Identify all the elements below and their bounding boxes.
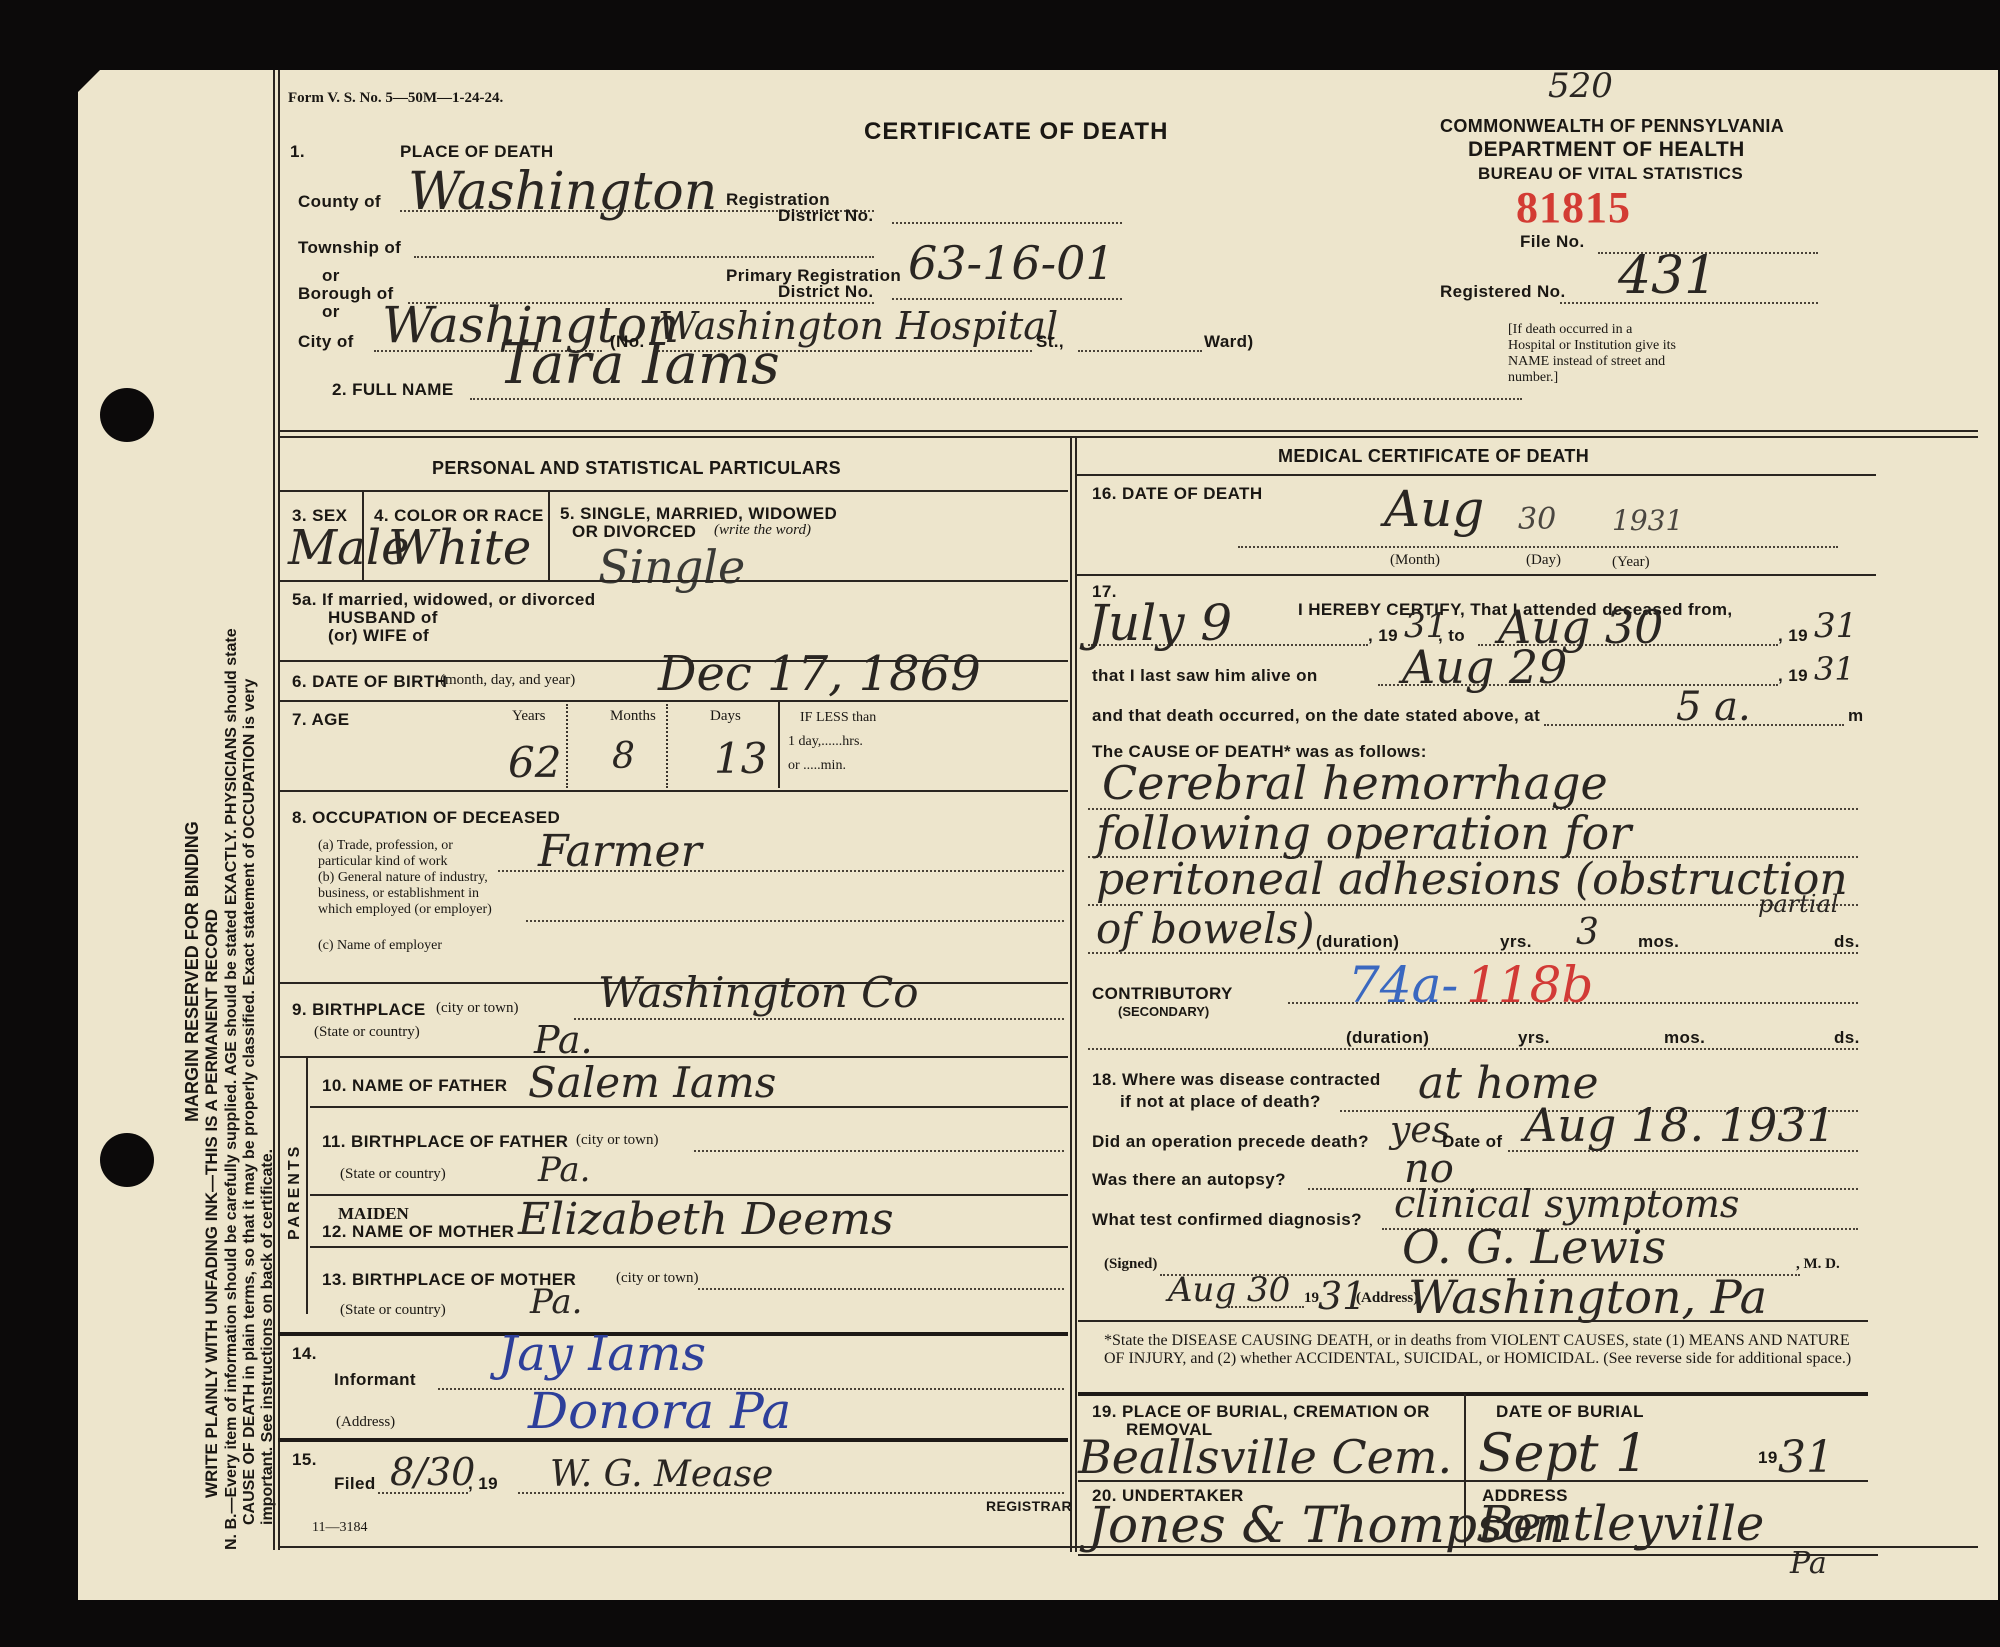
spouse-label-1: 5a. If married, widowed, or divorced xyxy=(292,590,595,610)
secondary-label: (SECONDARY) xyxy=(1118,1004,1209,1019)
or-label-2: or xyxy=(322,302,340,322)
classification-code-red: 118b xyxy=(1466,956,1593,1014)
full-name-label: 2. FULL NAME xyxy=(332,380,454,400)
death-day-value: 30 xyxy=(1518,502,1556,537)
spouse-label-3: (or) WIFE of xyxy=(328,626,429,646)
township-label: Township of xyxy=(298,238,401,258)
signed-date-value: Aug 30 xyxy=(1168,1270,1290,1310)
father-birthplace-state-value: Pa. xyxy=(538,1150,590,1190)
day-label: (Day) xyxy=(1526,552,1561,569)
item-1-number: 1. xyxy=(290,142,305,162)
dob-value: Dec 17, 1869 xyxy=(658,646,981,702)
margin-nb-line1: N. B.—Every item of information should b… xyxy=(223,628,241,1550)
time-of-death-value: 5 a. xyxy=(1676,684,1751,730)
undertaker-address-state: Pa xyxy=(1790,1546,1827,1581)
or-label-1: or xyxy=(322,266,340,286)
cause-line-1: Cerebral hemorrhage xyxy=(1102,756,1608,810)
contracted-label-2: if not at place of death? xyxy=(1120,1092,1321,1112)
last-saw-value: Aug 29 xyxy=(1402,640,1567,694)
informant-address-value: Donora Pa xyxy=(528,1382,791,1440)
contributory-label: CONTRIBUTORY xyxy=(1092,984,1233,1004)
autopsy-label: Was there an autopsy? xyxy=(1092,1170,1286,1190)
hospital-note: [If death occurred in a Hospital or Inst… xyxy=(1508,322,1678,386)
marital-hint: (write the word) xyxy=(714,522,811,539)
informant-value: Jay Iams xyxy=(498,1326,706,1382)
last-saw-label: that I last saw him alive on xyxy=(1092,666,1318,686)
time-suffix: m xyxy=(1848,706,1864,726)
classification-code-blue: 74a- xyxy=(1348,956,1458,1014)
undertaker-address-value: Bentleyville xyxy=(1478,1496,1764,1552)
contributory-yrs-label: yrs. xyxy=(1518,1028,1550,1048)
registrar-signature: W. G. Mease xyxy=(550,1454,773,1495)
month-label: (Month) xyxy=(1390,552,1440,569)
certificate-paper: MARGIN RESERVED FOR BINDING WRITE PLAINL… xyxy=(78,70,1998,1600)
left-border-line-inner xyxy=(278,70,280,1550)
mother-name-value: Elizabeth Deems xyxy=(518,1194,894,1245)
marital-status-label-2: OR DIVORCED xyxy=(572,522,696,542)
duration-ds-label: ds. xyxy=(1834,932,1860,952)
test-label: What test confirmed diagnosis? xyxy=(1092,1210,1362,1230)
burial-year-prefix: 19 xyxy=(1758,1448,1778,1468)
ward-label: Ward) xyxy=(1204,332,1254,352)
burial-place-value: Beallsville Cem. xyxy=(1078,1430,1452,1484)
mother-birthplace-state-value: Pa. xyxy=(530,1282,582,1322)
file-no-label: File No. xyxy=(1520,232,1585,252)
burial-date-label: DATE OF BURIAL xyxy=(1496,1402,1644,1422)
signed-label: (Signed) xyxy=(1104,1256,1157,1273)
personal-section-header: PERSONAL AND STATISTICAL PARTICULARS xyxy=(432,458,841,479)
death-month-value: Aug xyxy=(1384,480,1484,538)
duration-months-value: 3 xyxy=(1576,912,1599,953)
occupation-c-label: (c) Name of employer xyxy=(318,938,442,954)
primary-district-no-value: 63-16-01 xyxy=(908,236,1115,290)
binding-hole-bottom xyxy=(100,1133,154,1187)
last-saw-19: , 19 xyxy=(1778,666,1808,686)
occupation-b-label: (b) General nature of industry, xyxy=(318,870,488,886)
mother-birthplace-city-hint: (city or town) xyxy=(616,1270,698,1287)
age-days-value: 13 xyxy=(714,734,767,783)
cause-line-3: peritoneal adhesions (obstruction xyxy=(1096,854,1848,905)
physician-signature: O. G. Lewis xyxy=(1402,1220,1666,1274)
county-value: Washington xyxy=(408,162,717,222)
mother-name-label: 12. NAME OF MOTHER xyxy=(322,1222,514,1242)
place-of-death-label: PLACE OF DEATH xyxy=(400,142,554,162)
age-label: 7. AGE xyxy=(292,710,350,730)
father-birthplace-state-hint: (State or country) xyxy=(340,1166,446,1183)
form-number: Form V. S. No. 5—50M—1-24-24. xyxy=(288,90,503,107)
filed-label: Filed xyxy=(334,1474,376,1494)
handwritten-top-number: 520 xyxy=(1548,66,1613,106)
duration-mos-label: mos. xyxy=(1638,932,1679,952)
binding-hole-top xyxy=(100,388,154,442)
burial-date-value: Sept 1 xyxy=(1478,1424,1648,1484)
print-code: 11—3184 xyxy=(312,1520,367,1536)
parents-side-label: PARENTS xyxy=(286,1144,304,1240)
last-saw-year: 31 xyxy=(1814,650,1855,688)
signed-year-prefix: 19 xyxy=(1304,1290,1319,1307)
borough-label: Borough of xyxy=(298,284,394,304)
marital-status-label: 5. SINGLE, MARRIED, WIDOWED xyxy=(560,504,837,524)
burial-year-value: 31 xyxy=(1778,1432,1834,1483)
contributory-mos-label: mos. xyxy=(1664,1028,1705,1048)
center-divider xyxy=(1070,436,1072,1552)
age-months-value: 8 xyxy=(612,736,635,777)
physician-address-value: Washington, Pa xyxy=(1408,1270,1767,1324)
race-value: White xyxy=(388,520,531,576)
occupation-label: 8. OCCUPATION OF DECEASED xyxy=(292,808,560,828)
birthplace-city-value: Washington Co xyxy=(598,968,919,1017)
attended-from-19: , 19 xyxy=(1368,626,1398,646)
cause-footnote: *State the DISEASE CAUSING DEATH, or in … xyxy=(1104,1332,1866,1368)
informant-label: Informant xyxy=(334,1370,416,1390)
year-label: (Year) xyxy=(1612,554,1650,571)
cause-line-2: following operation for xyxy=(1096,806,1631,860)
margin-nb-line2: CAUSE OF DEATH in plain terms, so that i… xyxy=(241,679,259,1525)
city-label: City of xyxy=(298,332,354,352)
registered-no-label: Registered No. xyxy=(1440,282,1566,302)
full-name-value: Tara Iams xyxy=(498,332,780,397)
father-name-label: 10. NAME OF FATHER xyxy=(322,1076,507,1096)
birthplace-label: 9. BIRTHPLACE xyxy=(292,1000,426,1020)
age-years-value: 62 xyxy=(508,738,561,787)
margin-binding-note: MARGIN RESERVED FOR BINDING xyxy=(182,821,203,1122)
contributory-ds-label: ds. xyxy=(1834,1028,1860,1048)
medical-section-header: MEDICAL CERTIFICATE OF DEATH xyxy=(1278,446,1589,467)
occupation-a-label-2: particular kind of work xyxy=(318,854,447,870)
occupation-b-label-3: which employed (or employer) xyxy=(318,902,492,918)
county-label: County of xyxy=(298,192,381,212)
spouse-label-2: HUSBAND of xyxy=(328,608,438,628)
less-than-min-label: or .....min. xyxy=(788,758,846,774)
file-number-stamp: 81815 xyxy=(1516,182,1631,233)
attended-to-year: 31 xyxy=(1814,606,1857,646)
attended-from-value: July 9 xyxy=(1088,594,1232,652)
filed-date-value: 8/30 xyxy=(390,1450,475,1494)
age-days-label: Days xyxy=(710,708,741,725)
marital-status-value: Single xyxy=(598,540,745,594)
burial-place-label: 19. PLACE OF BURIAL, CREMATION OR xyxy=(1092,1402,1430,1422)
item-14-number: 14. xyxy=(292,1344,317,1364)
time-of-death-label: and that death occurred, on the date sta… xyxy=(1092,706,1540,726)
cause-note-partial: partial xyxy=(1758,890,1838,918)
father-name-value: Salem Iams xyxy=(528,1058,776,1107)
st-label: St., xyxy=(1036,332,1064,352)
dob-hint: (month, day, and year) xyxy=(440,672,575,689)
registrar-label: REGISTRAR xyxy=(986,1498,1072,1514)
maiden-label: MAIDEN xyxy=(338,1204,409,1224)
contributory-duration-label: (duration) xyxy=(1346,1028,1429,1048)
attended-to-19: , 19 xyxy=(1778,626,1808,646)
agency-department: DEPARTMENT OF HEALTH xyxy=(1468,138,1745,162)
agency-commonwealth: COMMONWEALTH OF PENNSYLVANIA xyxy=(1440,116,1784,137)
date-of-death-label: 16. DATE OF DEATH xyxy=(1092,484,1263,504)
informant-address-label: (Address) xyxy=(336,1414,395,1431)
less-than-day-label: IF LESS than xyxy=(800,710,876,726)
father-birthplace-city-hint: (city or town) xyxy=(576,1132,658,1149)
mother-birthplace-state-hint: (State or country) xyxy=(340,1302,446,1319)
primary-district-no-label: District No. xyxy=(778,282,873,302)
birthplace-city-hint: (city or town) xyxy=(436,1000,518,1017)
age-months-label: Months xyxy=(610,708,656,725)
occupation-a-label: (a) Trade, profession, or xyxy=(318,838,453,854)
contracted-label: 18. Where was disease contracted xyxy=(1092,1070,1381,1090)
margin-ink-note: WRITE PLAINLY WITH UNFADING INK—THIS IS … xyxy=(202,909,222,1498)
md-label: , M. D. xyxy=(1796,1256,1840,1273)
filed-year-prefix: , 19 xyxy=(468,1474,498,1494)
dob-label: 6. DATE OF BIRTH xyxy=(292,672,447,692)
operation-label: Did an operation precede death? xyxy=(1092,1132,1369,1152)
left-border-line xyxy=(273,70,275,1550)
registration-district-no-label: District No. xyxy=(778,206,873,226)
occupation-b-label-2: business, or establishment in xyxy=(318,886,479,902)
age-years-label: Years xyxy=(512,708,545,725)
cause-line-4: of bowels) xyxy=(1096,904,1315,953)
operation-date-value: Aug 18. 1931 xyxy=(1524,1098,1836,1152)
item-15-number: 15. xyxy=(292,1450,317,1470)
less-than-hrs-label: 1 day,......hrs. xyxy=(788,734,863,750)
father-birthplace-label: 11. BIRTHPLACE OF FATHER xyxy=(322,1132,568,1152)
death-year-value: 1931 xyxy=(1612,504,1683,537)
registered-no-value: 431 xyxy=(1618,246,1717,306)
occupation-value: Farmer xyxy=(538,826,702,877)
birthplace-state-hint: (State or country) xyxy=(314,1024,420,1041)
page-title: CERTIFICATE OF DEATH xyxy=(864,118,1168,146)
agency-bureau: BUREAU OF VITAL STATISTICS xyxy=(1478,164,1743,184)
duration-label: (duration) xyxy=(1316,932,1399,952)
duration-yrs-label: yrs. xyxy=(1500,932,1532,952)
